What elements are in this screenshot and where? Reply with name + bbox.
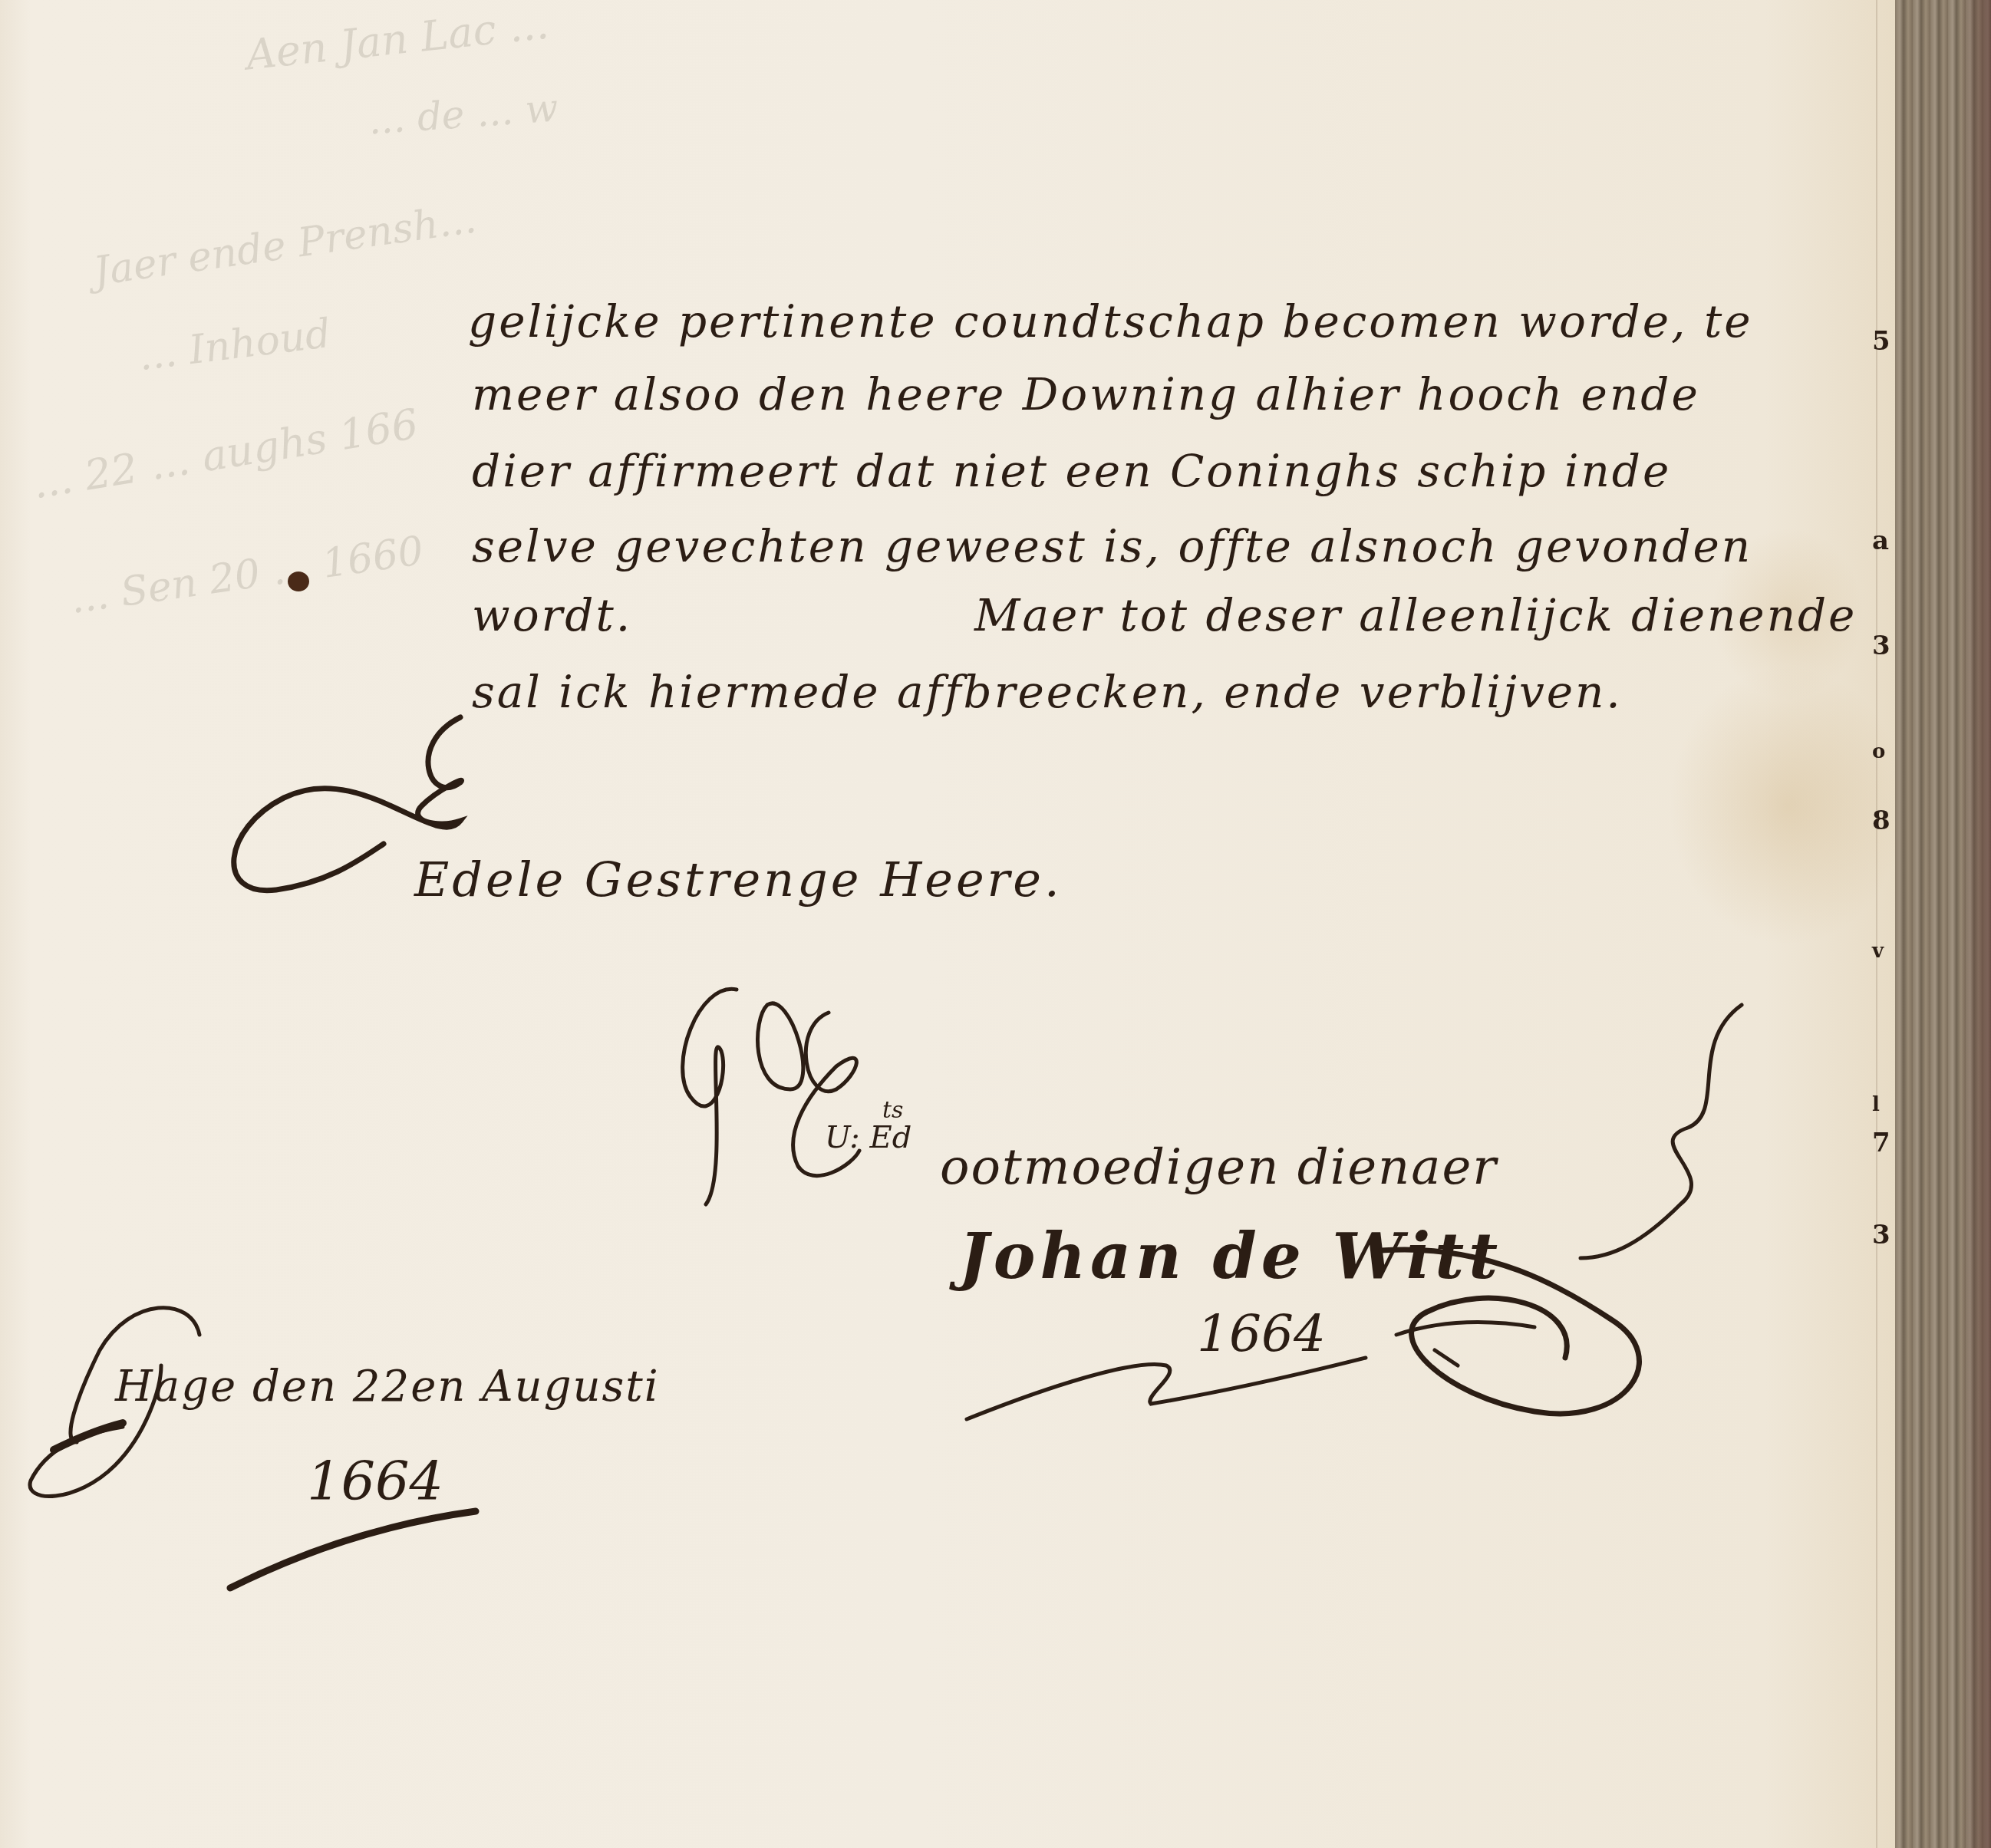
closing-superscript: ts xyxy=(882,1097,903,1124)
body-line-5b: Maer tot deser alleenlijck dienende xyxy=(974,589,1857,641)
signature-paraph-flourish xyxy=(951,997,1795,1427)
body-line-1: gelijcke pertinente coundtschap becomen … xyxy=(468,295,1753,348)
body-line-5: wordt. xyxy=(472,589,632,641)
ink-blot xyxy=(288,572,309,591)
signature-year: 1664 xyxy=(1197,1304,1326,1363)
margin-mark: 3 xyxy=(1872,1220,1890,1250)
margin-mark: 5 xyxy=(1872,326,1890,357)
bleed-through-text: ... de ... w xyxy=(367,85,559,143)
body-line-6: sal ick hiermede affbreecken, ende verbl… xyxy=(472,666,1623,718)
book-edge xyxy=(1895,0,1991,1848)
body-line-3: dier affirmeert dat niet een Coninghs sc… xyxy=(472,445,1671,497)
closing-text: ootmoedigen dienaer xyxy=(940,1139,1498,1196)
margin-rule xyxy=(1876,0,1877,1848)
margin-mark: 7 xyxy=(1872,1128,1890,1158)
dateline-underline xyxy=(223,1504,483,1596)
body-line-2: meer alsoo den heere Downing alhier hooc… xyxy=(472,368,1700,420)
manuscript-page: Aen Jan Lac ... ... de ... w Jaer ende P… xyxy=(0,0,1895,1848)
dateline-place-date: Hage den 22en Augusti xyxy=(115,1362,660,1412)
closing-prefix: U: Ed xyxy=(825,1120,911,1155)
margin-mark: a xyxy=(1872,525,1889,556)
bleed-through-text: Jaer ende Prensh... xyxy=(91,196,479,295)
dateline-year: 1664 xyxy=(307,1450,443,1513)
body-line-4: selve gevechten geweest is, offte alsnoc… xyxy=(472,520,1752,572)
closing-monogram-flourish xyxy=(668,974,913,1227)
bleed-through-text: ... 22 ... aughs 166 xyxy=(29,400,421,509)
margin-mark: 3 xyxy=(1872,631,1890,661)
margin-mark: o xyxy=(1872,740,1885,763)
margin-mark: l xyxy=(1872,1093,1880,1116)
margin-mark: 8 xyxy=(1872,805,1890,836)
bleed-through-text: ... Inhoud xyxy=(136,311,333,380)
salutation: Edele Gestrenge Heere. xyxy=(414,852,1063,908)
bleed-through-text: ... Sen 20 ... 1660 xyxy=(68,528,427,623)
margin-mark: v xyxy=(1872,940,1884,963)
signature: Johan de Witt xyxy=(959,1220,1502,1293)
bleed-through-text: Aen Jan Lac ... xyxy=(244,0,551,80)
